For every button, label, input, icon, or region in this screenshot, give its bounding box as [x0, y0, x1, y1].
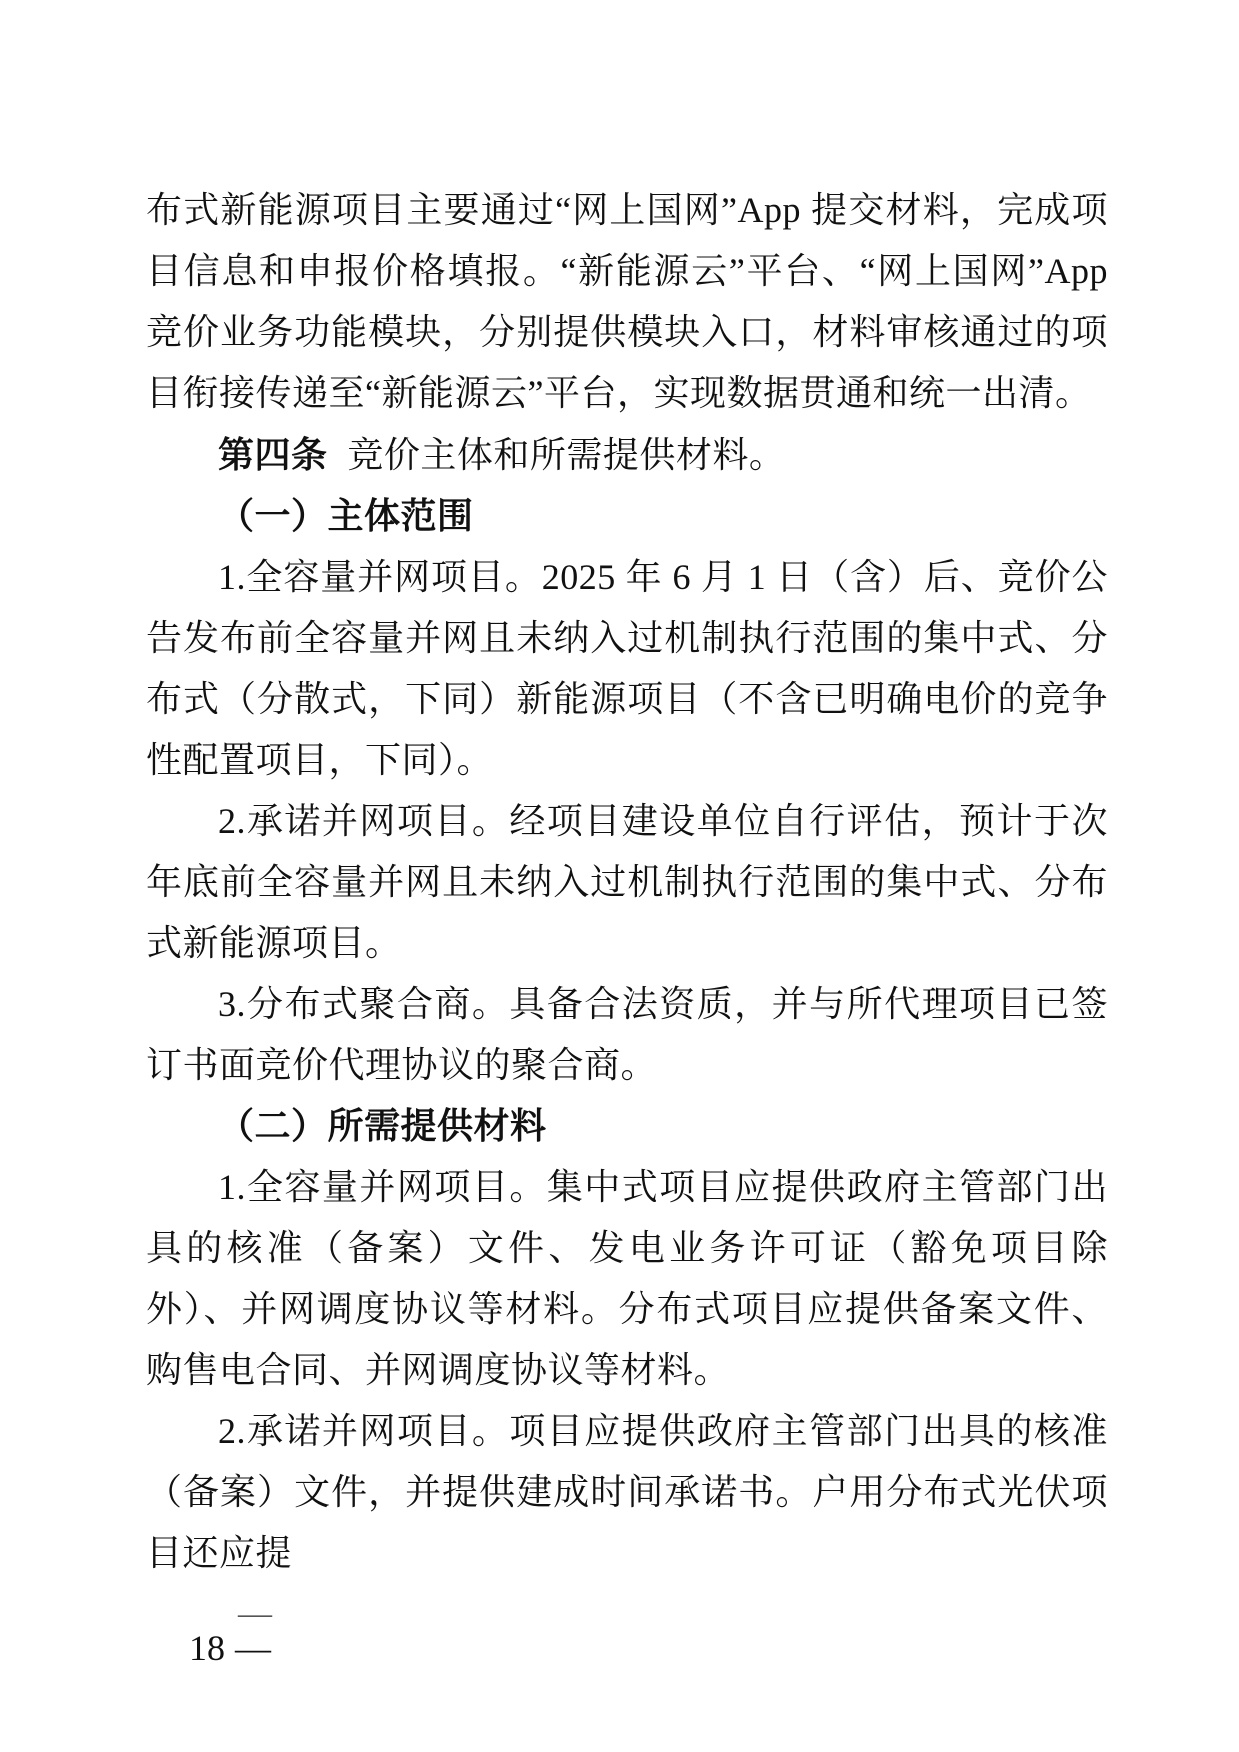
- article-4-number: 第四条: [218, 434, 328, 475]
- page-number: 18—: [189, 1626, 271, 1670]
- section-heading-1-subject-scope: （一）主体范围: [146, 486, 1108, 547]
- section-heading-2-required-materials: （二）所需提供材料: [146, 1096, 1108, 1157]
- document-body: 布式新能源项目主要通过“网上国网”App 提交材料，完成项目信息和申报价格填报。…: [146, 180, 1108, 1584]
- paragraph-continuation: 布式新能源项目主要通过“网上国网”App 提交材料，完成项目信息和申报价格填报。…: [146, 180, 1108, 424]
- document-page: 布式新能源项目主要通过“网上国网”App 提交材料，完成项目信息和申报价格填报。…: [0, 0, 1239, 1752]
- paragraph-article-4: 第四条竞价主体和所需提供材料。: [146, 424, 1108, 486]
- article-4-title: 竞价主体和所需提供材料。: [347, 435, 785, 475]
- page-number-value: 18: [189, 1628, 225, 1668]
- paragraph-materials-item-1: 1.全容量并网项目。集中式项目应提供政府主管部门出具的核准（备案）文件、发电业务…: [146, 1157, 1108, 1401]
- page-number-dash: —: [235, 1628, 271, 1668]
- paragraph-item-3-aggregator: 3.分布式聚合商。具备合法资质，并与所代理项目已签订书面竞价代理协议的聚合商。: [146, 974, 1108, 1096]
- paragraph-item-2-committed-grid: 2.承诺并网项目。经项目建设单位自行评估，预计于次年底前全容量并网且未纳入过机制…: [146, 791, 1108, 974]
- paragraph-materials-item-2: 2.承诺并网项目。项目应提供政府主管部门出具的核准（备案）文件，并提供建成时间承…: [146, 1401, 1108, 1584]
- paragraph-item-1-full-capacity: 1.全容量并网项目。2025 年 6 月 1 日（含）后、竞价公告发布前全容量并…: [146, 547, 1108, 791]
